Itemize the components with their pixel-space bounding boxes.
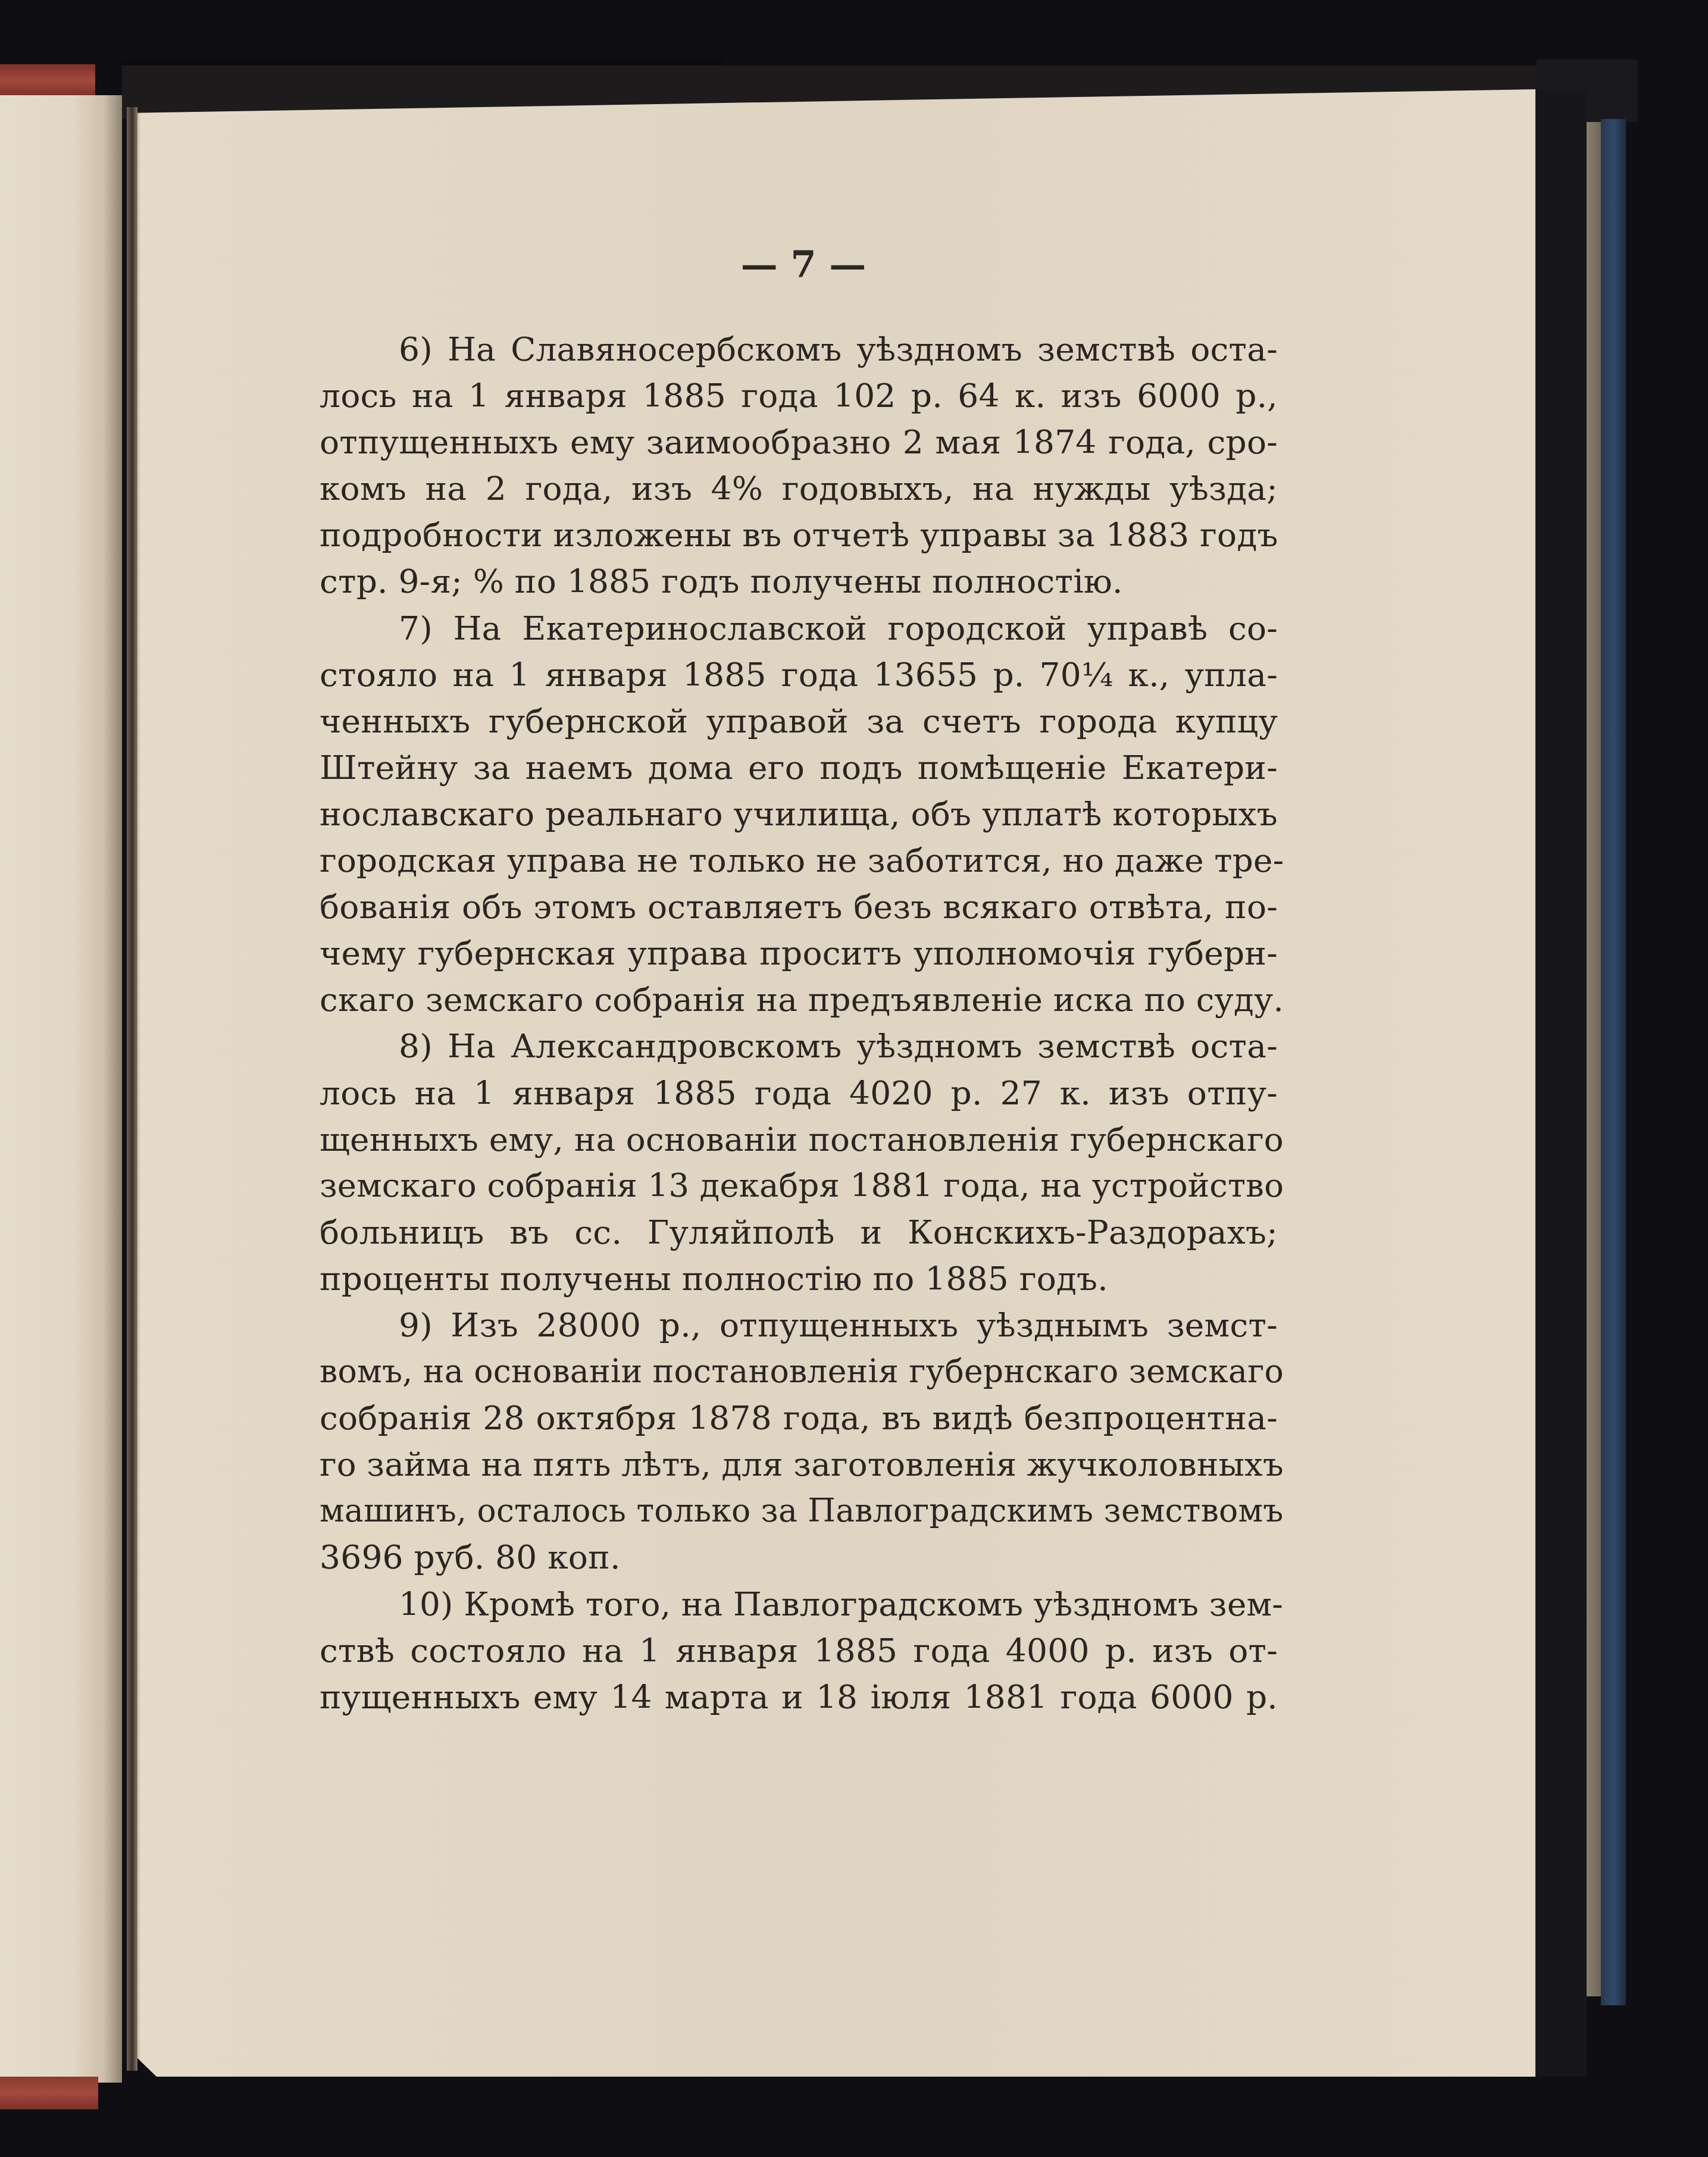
text-line: 7) На Екатеринославской городской управѣ…	[320, 605, 1278, 652]
text-line: комъ на 2 года, изъ 4% годовыхъ, на нужд…	[320, 465, 1278, 512]
text-line: скаго земскаго собранія на предъявленіе …	[320, 976, 1278, 1023]
text-line: пущенныхъ ему 14 марта и 18 іюля 1881 го…	[320, 1674, 1278, 1720]
text-line: 8) На Александровскомъ уѣздномъ земствѣ …	[320, 1023, 1278, 1069]
text-line: 9) Изъ 28000 р., отпущенныхъ уѣзднымъ зе…	[320, 1302, 1278, 1348]
text-line: собранія 28 октября 1878 года, въ видѣ б…	[320, 1395, 1278, 1441]
text-line: земскаго собранія 13 декабря 1881 года, …	[320, 1163, 1278, 1209]
text-line: бованія объ этомъ оставляетъ безъ всякаг…	[320, 884, 1278, 930]
text-line: стояло на 1 января 1885 года 13655 р. 70…	[320, 652, 1278, 698]
text-line: проценты получены полностію по 1885 годъ…	[320, 1256, 1278, 1302]
text-line: 6) На Славяносербскомъ уѣздномъ земствѣ …	[320, 326, 1278, 372]
page-edge-strip	[1587, 122, 1601, 1996]
text-line: Штейну за наемъ дома его подъ помѣщеніе …	[320, 744, 1278, 791]
text-line: стр. 9-я; % по 1885 годъ получены полнос…	[320, 558, 1278, 605]
text-line: машинъ, осталось только за Павлоградским…	[320, 1488, 1278, 1534]
text-line: 10) Кромѣ того, на Павлоградскомъ уѣздно…	[320, 1581, 1278, 1627]
text-line: ченныхъ губернской управой за счетъ горо…	[320, 698, 1278, 744]
text-line: вомъ, на основаніи постановленія губернс…	[320, 1348, 1278, 1395]
text-line: подробности изложены въ отчетѣ управы за…	[320, 512, 1278, 558]
text-line: щенныхъ ему, на основаніи постановленія …	[320, 1116, 1278, 1163]
text-line: ствѣ состояло на 1 января 1885 года 4000…	[320, 1627, 1278, 1674]
text-line: отпущенныхъ ему заимообразно 2 мая 1874 …	[320, 419, 1278, 465]
text-line: больницъ въ сс. Гуляйполѣ и Конскихъ-Раз…	[320, 1209, 1278, 1256]
text-line: лось на 1 января 1885 года 102 р. 64 к. …	[320, 372, 1278, 419]
text-line: го займа на пять лѣтъ, для заготовленія …	[320, 1441, 1278, 1488]
left-binding-top	[0, 64, 95, 97]
left-page-edge	[0, 95, 122, 2083]
text-line: 3696 руб. 80 коп.	[320, 1534, 1278, 1580]
page-gutter	[127, 107, 137, 2071]
text-line: городская управа не только не заботится,…	[320, 837, 1278, 884]
page-number: — 7 —	[684, 238, 922, 292]
left-binding-bottom	[0, 2077, 98, 2109]
text-line: лось на 1 января 1885 года 4020 р. 27 к.…	[320, 1070, 1278, 1116]
page-text: 6) На Славяносербскомъ уѣздномъ земствѣ …	[320, 326, 1278, 1720]
right-shadow-gap	[1534, 89, 1587, 2077]
text-line: чему губернская управа проситъ уполномоч…	[320, 930, 1278, 976]
blue-book-cover	[1601, 119, 1626, 2005]
text-line: нославскаго реальнаго училища, объ уплат…	[320, 791, 1278, 837]
